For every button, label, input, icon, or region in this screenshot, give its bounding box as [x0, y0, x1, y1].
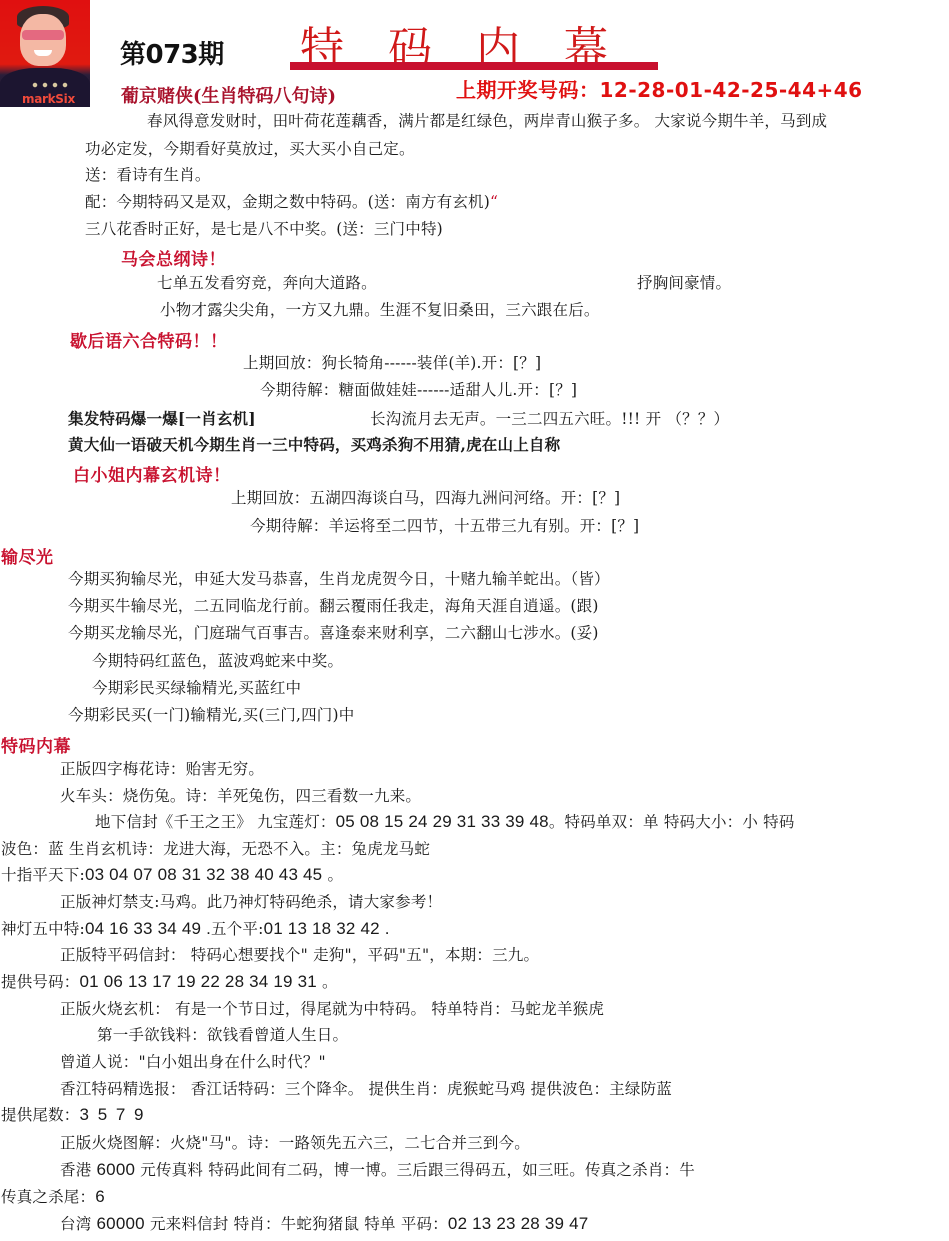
neimu-line: 香江特码精选报： 香江话特码：三个降伞。 提供生肖：虎猴蛇马鸡 提供波色：主绿防… — [60, 1079, 672, 1099]
neimu-line: 台湾 60000 元来料信封 特肖：牛蛇狗猪鼠 特单 平码：02 13 23 2… — [60, 1214, 588, 1234]
neimu-line: 正版神灯禁支:马鸡。此乃神灯特码绝杀，请大家参考！ — [60, 892, 442, 912]
poem-line-5: 三八花香时正好，是七是八不中奖。(送：三门中特) — [85, 219, 443, 239]
jifa-label: 集发特码爆一爆[一肖玄机] — [68, 409, 256, 429]
neimu-text: 元传真料 特码此间有二码，博一博。三后跟三得码五，如三旺。传真之杀肖：牛 — [135, 1161, 695, 1179]
neimu-line: 正版火烧玄机： 有是一个节日过，得尾就为中特码。 特单特肖：马蛇龙羊猴虎 — [60, 999, 604, 1019]
neimu-line: 提供号码：01 06 13 17 19 22 28 34 19 31 。 — [1, 972, 338, 992]
mahui-line-2: 小物才露尖尖角，一方又九鼎。生涯不复旧桑田，三六跟在后。 — [160, 300, 600, 320]
last-draw-numbers: 12-28-01-42-25-44+46 — [600, 78, 863, 102]
shujinguang-line: 今期买龙输尽光，门庭瑞气百事吉。喜逢泰来财利享，二六翻山七涉水。(妥) — [68, 623, 599, 643]
bai-current: 今期待解：羊运将至二四节，十五带三九有别。开：[？] — [250, 516, 639, 536]
neimu-line: 火车头：烧伤兔。诗：羊死兔伤，四三看数一九来。 — [60, 786, 421, 806]
shujinguang-line: 今期买牛输尽光，二五同临龙行前。翻云覆雨任我走，海角天涯自逍遥。(跟) — [68, 596, 599, 616]
section-heading-mahui: 马会总纲诗！ — [121, 245, 226, 270]
huangdaxian-text: 黄大仙一语破天机今期生肖一三中特码，买鸡杀狗不用猜,虎在山上自称 — [68, 435, 560, 455]
neimu-text: 台湾 — [60, 1215, 97, 1233]
neimu-line: 地下信封《千王之王》 九宝莲灯：05 08 15 24 29 31 33 39 … — [95, 812, 795, 832]
section-heading-neimu: 特码内幕 — [1, 732, 71, 757]
avatar-buttons — [30, 82, 70, 88]
neimu-text: 十指平天下: — [1, 866, 85, 884]
xiehouyu-current: 今期待解：糖面做娃娃------适甜人儿.开：[？] — [260, 380, 577, 400]
shujinguang-line: 今期特码红蓝色，蓝波鸡蛇来中奖。 — [92, 651, 343, 671]
neimu-numbers: 01 06 13 17 19 22 28 34 19 31 — [80, 972, 317, 991]
neimu-line: 曾道人说："白小姐出身在什么时代？" — [60, 1052, 326, 1072]
poem-line-4: 配：今期特码又是双，金期之数中特码。(送：南方有玄机)“ — [85, 192, 498, 212]
poem-line-3: 送：看诗有生肖。 — [85, 165, 211, 185]
shujinguang-line: 今期彩民买绿输精光,买蓝红中 — [92, 678, 301, 698]
bai-last: 上期回放：五湖四海谈白马，四海九洲问河络。开：[？] — [231, 488, 620, 508]
shujinguang-line: 今期买狗输尽光，申延大发马恭喜，生肖龙虎贺今日，十赌九输羊蛇出。（皆） — [68, 569, 610, 589]
neimu-text: 神灯五中特: — [1, 920, 85, 938]
neimu-text: 香港 — [60, 1161, 97, 1179]
neimu-text: 五个平: — [211, 920, 264, 938]
poem-line-4-text: 配：今期特码又是双，金期之数中特码。(送：南方有玄机) — [85, 193, 490, 211]
xiehouyu-last: 上期回放：狗长犄角------装佯(羊).开：[？] — [243, 353, 541, 373]
neimu-numbers: 6 — [95, 1187, 105, 1206]
neimu-text: 元来料信封 特肖：牛蛇狗猪鼠 特单 平码： — [145, 1215, 448, 1233]
neimu-line: 神灯五中特:04 16 33 34 49 .五个平:01 13 18 32 42… — [1, 919, 390, 939]
neimu-text: 地下信封《千王之王》 九宝莲灯： — [95, 813, 336, 831]
neimu-line: 正版火烧图解：火烧"马"。诗：一路领先五六三，二七合并三到今。 — [60, 1133, 530, 1153]
section-heading-pujing: 葡京赌侠(生肖特码八句诗) — [121, 82, 336, 108]
marksix-logo: markSix — [22, 92, 75, 106]
avatar-glasses — [22, 30, 64, 40]
neimu-numbers: 04 16 33 34 49 . — [85, 919, 211, 938]
neimu-numbers: 3 5 7 9 — [80, 1105, 146, 1124]
neimu-text: 。特码单双：单 特码大小：小 特码 — [549, 813, 795, 831]
mahui-line-1b: 抒胸间豪情。 — [637, 273, 731, 293]
neimu-line: 第一手欲钱料：欲钱看曾道人生日。 — [97, 1025, 348, 1045]
neimu-text: 。 — [317, 973, 338, 991]
neimu-numbers: 02 13 23 28 39 47 — [448, 1214, 588, 1233]
section-heading-bai: 白小姐内幕玄机诗！ — [73, 461, 231, 486]
section-heading-shujinguang: 输尽光 — [1, 543, 54, 568]
title-underline — [290, 62, 658, 66]
poem-line-1: 春风得意发财时，田叶荷花莲藕香，满片都是红绿色，两岸青山猴子多。 大家说今期牛羊… — [147, 111, 827, 131]
neimu-numbers: 6000 — [97, 1160, 136, 1179]
neimu-line: 波色：蓝 生肖玄机诗：龙进大海，无恐不入。主：兔虎龙马蛇 — [1, 839, 430, 859]
neimu-text: 提供尾数： — [1, 1106, 80, 1124]
neimu-numbers: 05 08 15 24 29 31 33 39 48 — [336, 812, 549, 831]
neimu-text: 传真之杀尾： — [1, 1188, 95, 1206]
neimu-line: 提供尾数：3 5 7 9 — [1, 1105, 146, 1125]
poem-line-4-mark: “ — [490, 193, 498, 211]
neimu-numbers: 60000 — [97, 1214, 145, 1233]
avatar-face — [20, 14, 66, 66]
neimu-numbers: 01 13 18 32 42 . — [264, 919, 390, 938]
poem-line-2: 功必定发，今期看好莫放过，买大买小自己定。 — [85, 139, 415, 159]
last-draw-label: 上期开奖号码： — [456, 78, 600, 102]
neimu-line: 香港 6000 元传真料 特码此间有二码，博一博。三后跟三得码五，如三旺。传真之… — [60, 1160, 695, 1180]
avatar: markSix — [0, 0, 90, 107]
jifa-text: 长沟流月去无声。一三二四五六旺。!!! 开 （？？） — [370, 409, 729, 429]
shujinguang-line: 今期彩民买(一门)输精光,买(三门,四门)中 — [68, 705, 354, 725]
section-heading-xiehouyu: 歇后语六合特码！！ — [70, 327, 228, 352]
mahui-line-1a: 七单五发看穷竞，奔向大道路。 — [157, 273, 377, 293]
neimu-numbers: 03 04 07 08 31 32 38 40 43 45 — [85, 865, 322, 884]
issue-number: 第073期 — [120, 34, 224, 71]
neimu-line: 正版特平码信封： 特码心想要找个" 走狗"，平码"五"，本期：三九。 — [60, 945, 539, 965]
neimu-text: 提供号码： — [1, 973, 80, 991]
neimu-line: 传真之杀尾：6 — [1, 1187, 105, 1207]
last-draw-results: 上期开奖号码：12-28-01-42-25-44+46 — [456, 74, 863, 103]
neimu-line: 正版四字梅花诗：贻害无穷。 — [60, 759, 264, 779]
neimu-line: 十指平天下:03 04 07 08 31 32 38 40 43 45 。 — [1, 865, 343, 885]
page-title: 特码内幕 — [300, 12, 652, 76]
neimu-text: 。 — [322, 866, 343, 884]
